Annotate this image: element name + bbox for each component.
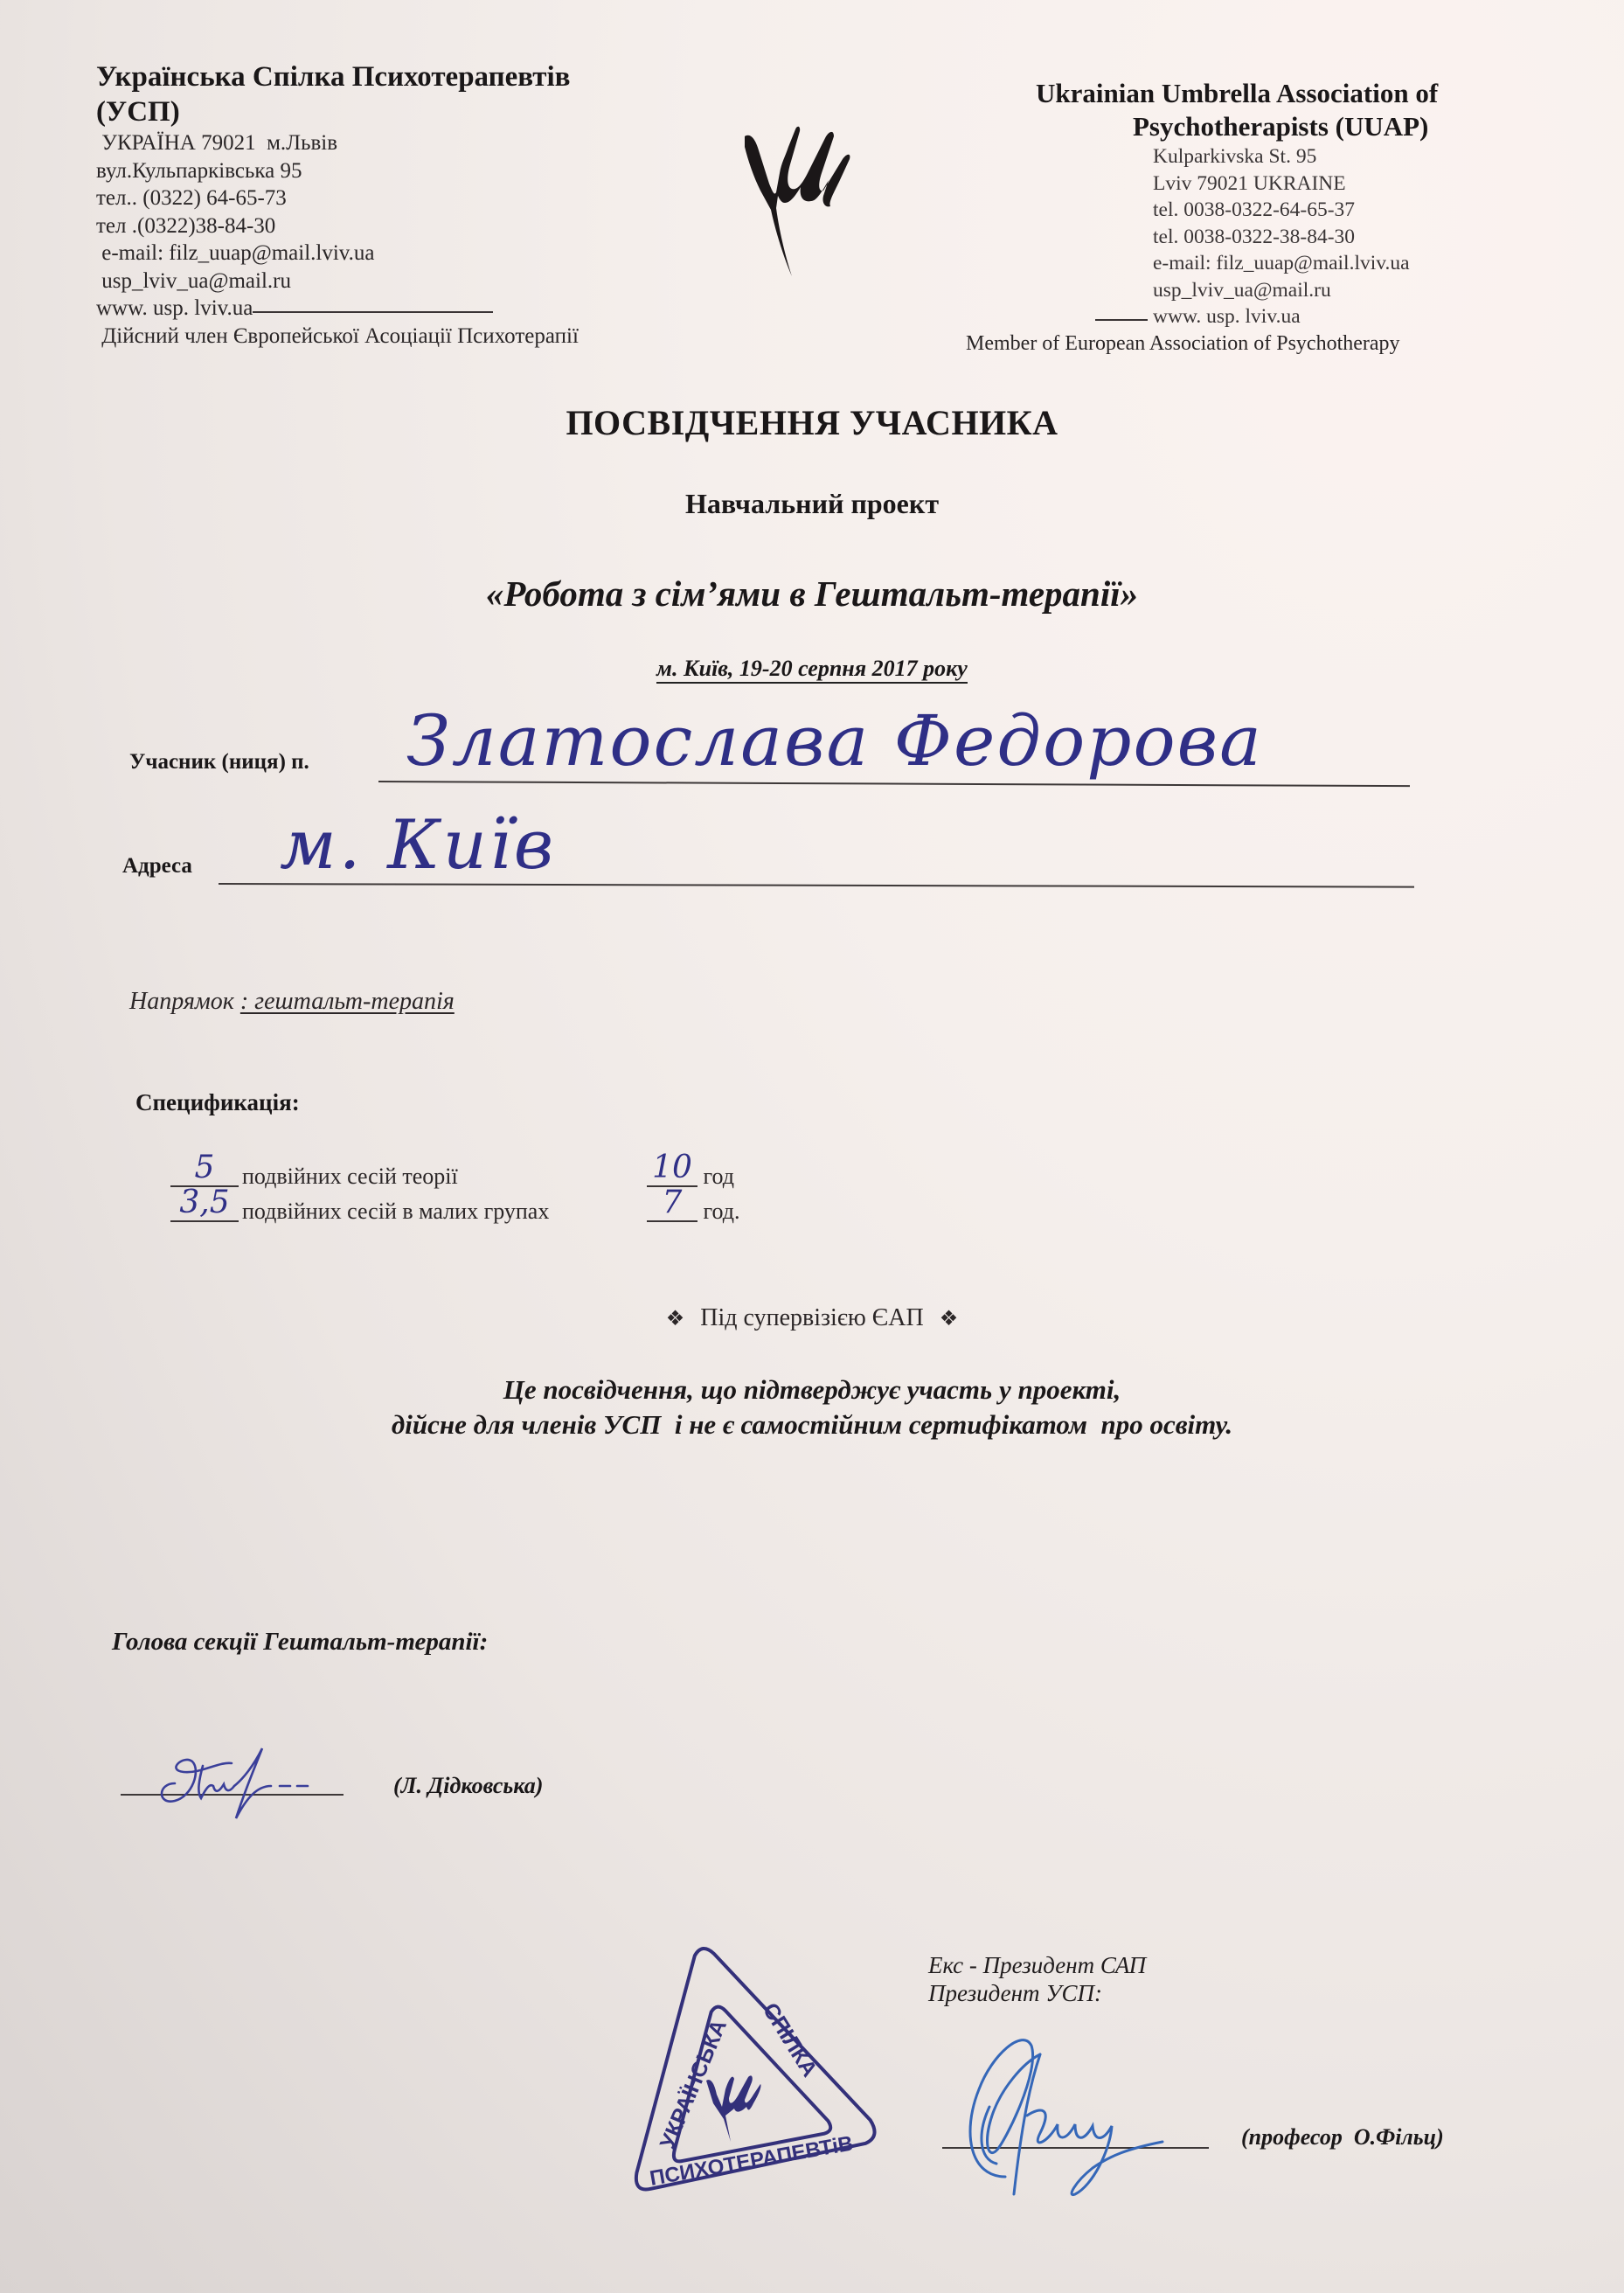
theory-hours-handwritten: 10 — [647, 1152, 697, 1184]
document-title: ПОСВІДЧЕННЯ УЧАСНИКА — [0, 402, 1624, 443]
email-1: e-mail: filz_uuap@mail.lviv.ua — [96, 240, 673, 268]
phone-2-en: tel. 0038-0322-38-84-30 — [1153, 224, 1624, 251]
website-ua: www. usp. lviv.ua — [96, 296, 253, 320]
phone-1: тел.. (0322) 64-65-73 — [96, 184, 673, 212]
place-date: м. Київ, 19-20 серпня 2017 року — [656, 656, 968, 684]
letterhead-left: Українська Спілка Психотерапевтів (УСП) … — [96, 59, 673, 350]
svg-text:УКРАЇНСЬКА: УКРАЇНСЬКА — [656, 2016, 732, 2152]
president-title: Екс - Президент САП Президент УСП: — [928, 1951, 1146, 2007]
address-label: Адреса — [122, 854, 192, 879]
section-head-title: Голова секції Гештальт-терапії: — [112, 1628, 488, 1657]
org-abbrev-ua: (УСП) — [96, 94, 673, 129]
groups-hours-unit: год. — [704, 1199, 740, 1224]
document-subtitle: Навчальний проект — [0, 488, 1624, 520]
address-handwritten: м. Київ — [280, 804, 556, 887]
supervision-text: Під супервізією ЄАП — [700, 1304, 923, 1331]
disclaimer: Це посвідчення, що підтверджує участь у … — [0, 1372, 1624, 1442]
specification-label: Спецификація: — [135, 1089, 300, 1116]
theory-hours-blank: 10 — [647, 1161, 697, 1187]
direction-line: Напрямок : гештальт-терапія — [129, 988, 455, 1016]
organization-stamp-icon: УКРАЇНСЬКА СПІЛКА ПСИХОТЕРАПЕВТіВ — [603, 1932, 883, 2194]
theory-hours: 10 год — [647, 1161, 734, 1190]
president-title-line-1: Екс - Президент САП — [928, 1951, 1146, 1979]
usp-monogram-logo-icon — [734, 112, 865, 278]
theory-hours-unit: год — [704, 1164, 735, 1189]
groups-hours-handwritten: 7 — [647, 1187, 697, 1219]
email-1-en: e-mail: filz_uuap@mail.lviv.ua — [1153, 250, 1624, 277]
section-head-name: (Л. Дідковська) — [393, 1773, 543, 1799]
address-street-en: Kulparkivska St. 95 — [1153, 143, 1624, 170]
supervision-line: ❖Під супервізією ЄАП❖ — [0, 1304, 1624, 1332]
phone-1-en: tel. 0038-0322-64-65-37 — [1153, 197, 1624, 224]
participant-label: Учасник (ниця) п. — [129, 750, 309, 775]
president-title-line-2: Президент УСП: — [928, 1979, 1146, 2007]
president-name: (професор О.Фільц) — [1241, 2124, 1444, 2151]
participant-name-handwritten: Златослава Федорова — [406, 699, 1263, 782]
org-name-ua: Українська Спілка Психотерапевтів — [96, 59, 673, 94]
membership-en: Member of European Association of Psycho… — [966, 330, 1508, 357]
address-city-en: Lviv 79021 UKRAINE — [1153, 170, 1624, 198]
org-name-en-line2: Psychotherapists (UUAP) — [1133, 110, 1624, 143]
membership-ua: Дійсний член Європейської Асоціації Псих… — [96, 323, 673, 351]
disclaimer-line-2: дійсне для членів УСП і не є самостійним… — [0, 1407, 1624, 1442]
letterhead-right: Ukrainian Umbrella Association of Psycho… — [966, 77, 1508, 357]
direction-value: : гештальт-терапія — [240, 988, 455, 1015]
section-head-signature-icon — [149, 1735, 350, 1823]
address-country-city: УКРАЇНА 79021 м.Львів — [96, 129, 673, 157]
website-line-en: www. usp. lviv.ua — [1153, 303, 1624, 330]
direction-label: Напрямок — [129, 988, 234, 1015]
groups-hours-blank: 7 — [647, 1196, 697, 1222]
spec-row-small-groups: 3,5подвійних сесій в малих групах 7 год. — [170, 1196, 549, 1225]
groups-count-handwritten: 3,5 — [170, 1187, 239, 1219]
project-name: «Робота з сім’ями в Гештальт-терапії» — [0, 573, 1624, 615]
theory-count-handwritten: 5 — [170, 1152, 239, 1184]
address-street: вул.Кульпарківська 95 — [96, 157, 673, 185]
president-signature-icon — [944, 2011, 1232, 2203]
groups-hours: 7 год. — [647, 1196, 740, 1225]
groups-description: подвійних сесій в малих групах — [242, 1199, 549, 1225]
theory-count-blank: 5 — [170, 1161, 239, 1187]
disclaimer-line-1: Це посвідчення, що підтверджує участь у … — [0, 1372, 1624, 1407]
groups-count-blank: 3,5 — [170, 1196, 239, 1222]
org-name-en-line1: Ukrainian Umbrella Association of — [1036, 77, 1578, 110]
website-en: www. usp. lviv.ua — [1153, 305, 1301, 328]
phone-2: тел .(0322)38-84-30 — [96, 212, 673, 240]
place-date-line: м. Київ, 19-20 серпня 2017 року — [0, 656, 1624, 682]
divider-rule — [253, 311, 493, 313]
email-2-en: usp_lviv_ua@mail.ru — [1153, 277, 1624, 304]
theory-description: подвійних сесій теорії — [242, 1164, 458, 1190]
ornament-icon: ❖ — [666, 1308, 685, 1331]
ornament-icon: ❖ — [940, 1308, 959, 1331]
website-line: www. usp. lviv.ua — [96, 295, 673, 323]
divider-rule — [1095, 319, 1148, 321]
email-2: usp_lviv_ua@mail.ru — [96, 268, 673, 295]
svg-text:СПІЛКА: СПІЛКА — [758, 1998, 822, 2081]
